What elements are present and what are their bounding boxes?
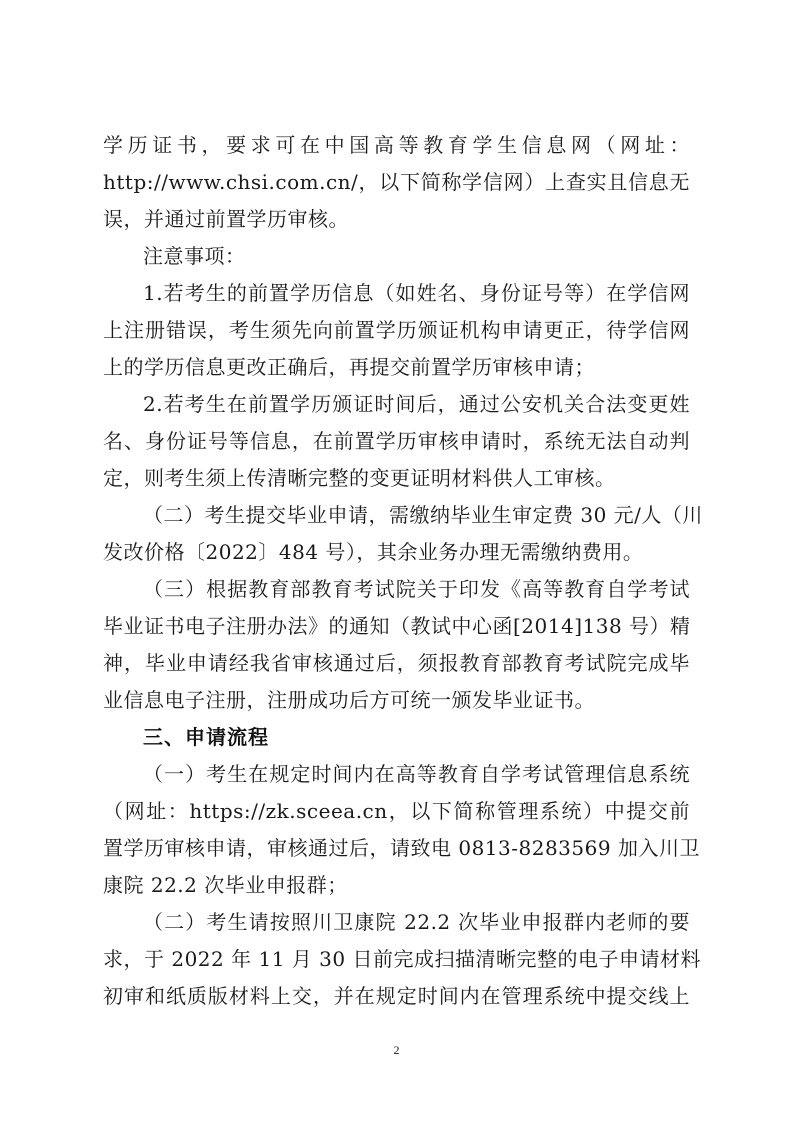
page-number: 2 — [0, 1043, 793, 1058]
text-line: （二）考生提交毕业申请，需缴纳毕业生审定费 30 元/人（川 — [143, 500, 690, 530]
text-line: （一）考生在规定时间内在高等教育自学考试管理信息系统 — [143, 759, 690, 789]
text-line: 置学历审核申请，审核通过后，请致电 0813-8283569 加入川卫 — [103, 833, 690, 863]
text-line: 学历证书，要求可在中国高等教育学生信息网（网址： — [103, 130, 690, 160]
notes-label: 注意事项： — [143, 241, 690, 271]
text-line: 康院 22.2 次毕业申报群； — [103, 870, 690, 900]
text-line: 1.若考生的前置学历信息（如姓名、身份证号等）在学信网 — [143, 278, 690, 308]
text-line: 业信息电子注册，注册成功后方可统一颁发毕业证书。 — [103, 685, 690, 715]
text-line: 发改价格〔2022〕484 号），其余业务办理无需缴纳费用。 — [103, 537, 690, 567]
text-line: 毕业证书电子注册办法》的通知（教试中心函[2014]138 号）精 — [103, 611, 690, 641]
text-line: （二）考生请按照川卫康院 22.2 次毕业申报群内老师的要 — [143, 907, 690, 937]
text-line: （网址：https://zk.sceea.cn，以下简称管理系统）中提交前 — [103, 796, 690, 826]
text-line: 上的学历信息更改正确后，再提交前置学历审核申请； — [103, 352, 690, 382]
text-line: 名、身份证号等信息，在前置学历审核申请时，系统无法自动判 — [103, 426, 690, 456]
text-line: 上注册错误，考生须先向前置学历颁证机构申请更正，待学信网 — [103, 315, 690, 345]
text-line: 2.若考生在前置学历颁证时间后，通过公安机关合法变更姓 — [143, 389, 690, 419]
text-line: 误，并通过前置学历审核。 — [103, 204, 690, 234]
text-line: 定，则考生须上传清晰完整的变更证明材料供人工审核。 — [103, 463, 690, 493]
section-heading: 三、申请流程 — [143, 722, 269, 752]
text-line: 求，于 2022 年 11 月 30 日前完成扫描清晰完整的电子申请材料 — [103, 944, 690, 974]
text-line: 神，毕业申请经我省审核通过后，须报教育部教育考试院完成毕 — [103, 648, 690, 678]
text-line: （三）根据教育部教育考试院关于印发《高等教育自学考试 — [143, 574, 690, 604]
text-line: http://www.chsi.com.cn/，以下简称学信网）上查实且信息无 — [103, 167, 690, 197]
text-line: 初审和纸质版材料上交，并在规定时间内在管理系统中提交线上 — [103, 981, 690, 1011]
document-page: 学历证书，要求可在中国高等教育学生信息网（网址： http://www.chsi… — [0, 0, 793, 1122]
